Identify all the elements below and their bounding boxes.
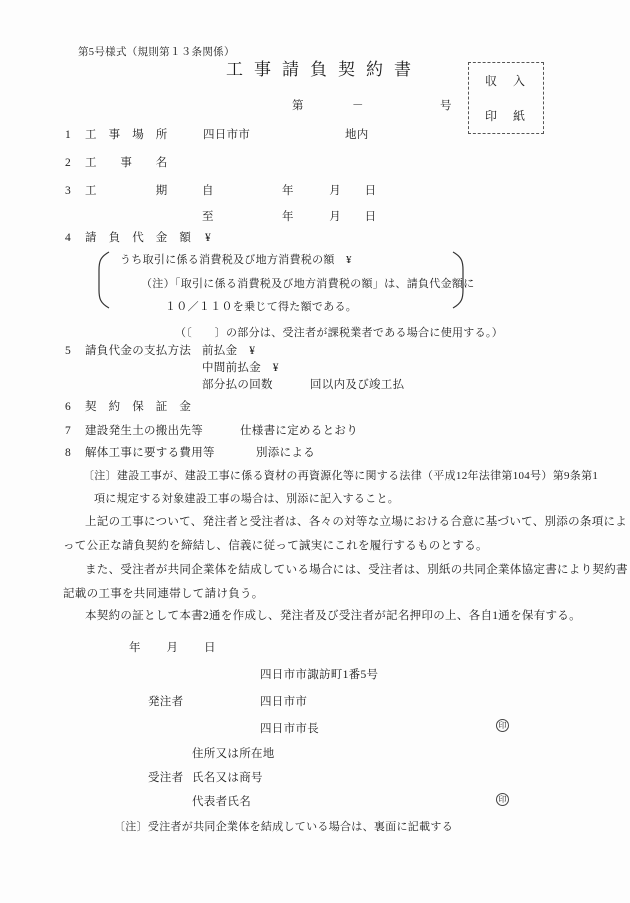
contractor-seal-mark: 印 xyxy=(496,793,509,806)
orderer-name: 四日市市 xyxy=(260,695,307,709)
doc-number-value: － xyxy=(352,99,364,113)
item8-label-demolition-cost: 解体工事に要する費用等 xyxy=(85,446,215,460)
item3-from-label: 自 xyxy=(202,184,214,198)
contractor-name-label: 氏名又は商号 xyxy=(192,771,263,785)
joint-venture-paragraph-line1: また、受注者が共同企業体を結成している場合には、受注者は、別紙の共同企業体協定書… xyxy=(85,563,628,577)
orderer-address: 四日市市諏訪町1番5号 xyxy=(260,668,378,682)
item7-label-soil-destination: 建設発生土の搬出先等 xyxy=(85,424,203,438)
item1-area-suffix: 地内 xyxy=(345,128,369,142)
item1-label-work-location: 工 事 場 所 xyxy=(85,128,168,142)
item8-value: 別添による xyxy=(256,446,315,460)
item1-number: 1 xyxy=(65,128,71,142)
revenue-stamp-bottom-label: 印 紙 xyxy=(485,107,527,124)
item3-from-date-placeholders: 年 月 日 xyxy=(282,184,376,198)
doc-number-suffix: 号 xyxy=(440,99,452,113)
item5-label-payment-method: 請負代金の支払方法 xyxy=(85,344,191,358)
item2-label-work-name: 工 事 名 xyxy=(85,156,168,170)
orderer-seal-mark: 印 xyxy=(496,719,509,732)
item3-number: 3 xyxy=(65,184,71,198)
orderer-seal-character: 印 xyxy=(499,720,507,731)
recycling-law-note-line2: 項に規定する対象建設工事の場合は、別添に記入すること。 xyxy=(94,492,399,506)
item3-label-work-period: 工 期 xyxy=(85,184,168,198)
document-title: 工事請負契約書 xyxy=(226,63,422,77)
tax-note-line2: （注）「取引に係る消費税及び地方消費税の額」は、請負代金額に xyxy=(141,277,475,291)
bracket-usage-note: （〔 〕の部分は、受注者が課税業者である場合に使用する。） xyxy=(175,326,503,340)
contractor-seal-character: 印 xyxy=(499,794,507,805)
item5-prepayment: 前払金 ¥ xyxy=(202,344,255,358)
item6-label-contract-deposit: 契 約 保 証 金 xyxy=(85,400,191,414)
agreement-paragraph1-line2: って公正な請負契約を締結し、信義に従って誠実にこれを履行するものとする。 xyxy=(63,539,488,553)
tax-note-line3: １０／１１０を乗じて得た額である。 xyxy=(165,300,357,314)
item5-partial-payment-value: 回以内及び竣工払 xyxy=(310,378,404,392)
item1-city-value: 四日市市 xyxy=(203,128,250,142)
contract-document-sheet: 第5号様式（規則第１３条関係） 工事請負契約書 収 入 印 紙 第 － 号 1 … xyxy=(0,0,630,903)
revenue-stamp-top-label: 収 入 xyxy=(485,72,527,89)
item7-value: 仕様書に定めるとおり xyxy=(240,424,358,438)
item8-number: 8 xyxy=(65,446,71,460)
item4-label-contract-amount: 請 負 代 金 額 xyxy=(85,231,191,245)
copies-paragraph: 本契約の証として本書2通を作成し、発注者及び受注者が記名押印の上、各自1通を保有… xyxy=(85,609,581,623)
signature-date-placeholders: 年 月 日 xyxy=(129,641,217,655)
item4-yen-sign: ¥ xyxy=(205,231,211,245)
item5-number: 5 xyxy=(65,344,71,358)
agreement-paragraph1-line1: 上記の工事について、発注者と受注者は、各々の対等な立場における合意に基づいて、別… xyxy=(85,515,627,529)
contractor-label: 受注者 xyxy=(148,771,183,785)
revenue-stamp-box: 収 入 印 紙 xyxy=(468,62,544,134)
joint-venture-bottom-note: 〔注〕受注者が共同企業体を結成している場合は、裏面に記載する xyxy=(114,820,453,834)
form-number-note: 第5号様式（規則第１３条関係） xyxy=(78,46,235,60)
representative-name-label: 代表者氏名 xyxy=(192,795,251,809)
item2-number: 2 xyxy=(65,156,71,170)
doc-number-prefix: 第 xyxy=(292,99,304,113)
item5-interim-prepayment: 中間前払金 ¥ xyxy=(202,361,279,375)
contractor-address-label: 住所又は所在地 xyxy=(192,747,275,761)
tax-note-line1: うち取引に係る消費税及び地方消費税の額 ¥ xyxy=(120,253,352,267)
orderer-label: 発注者 xyxy=(148,695,183,709)
recycling-law-note-line1: 〔注〕建設工事が、建設工事に係る資材の再資源化等に関する法律（平成12年法律第1… xyxy=(83,469,598,483)
item6-number: 6 xyxy=(65,400,71,414)
joint-venture-paragraph-line2: 記載の工事を共同連帯して請け負う。 xyxy=(63,587,264,601)
item4-number: 4 xyxy=(65,231,71,245)
tax-note-bracket-left-icon xyxy=(94,250,112,310)
item3-to-label: 至 xyxy=(202,210,214,224)
orderer-mayor-title: 四日市市長 xyxy=(260,722,319,736)
item7-number: 7 xyxy=(65,424,71,438)
item3-to-date-placeholders: 年 月 日 xyxy=(282,210,376,224)
item5-partial-payment-label: 部分払の回数 xyxy=(202,378,273,392)
